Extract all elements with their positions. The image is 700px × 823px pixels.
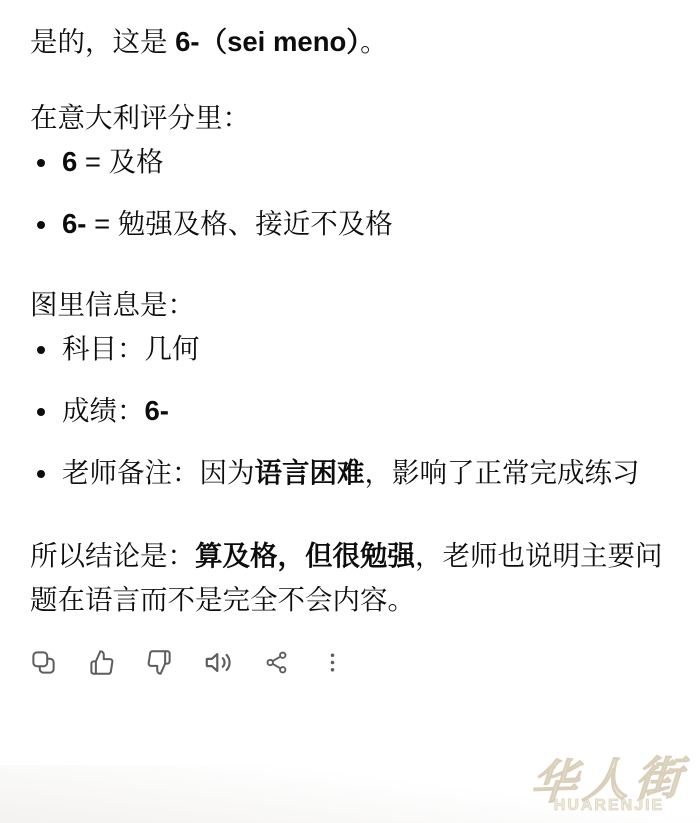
thumbs-down-button[interactable] — [146, 649, 173, 676]
bottom-tint — [0, 765, 700, 823]
intro-text: 是的，这是 — [30, 26, 175, 57]
teacher-note-bold: 语言困难 — [255, 457, 365, 488]
read-aloud-button[interactable] — [204, 648, 233, 677]
image-info-list: 科目：几何 成绩：6- 老师备注：因为语言困难，影响了正常完成练习 — [30, 327, 670, 495]
scale-intro: 在意大利评分里： — [30, 96, 670, 140]
share-icon — [264, 650, 289, 675]
thumbs-up-icon — [88, 649, 115, 676]
more-options-button[interactable] — [320, 650, 345, 675]
list-item: 老师备注：因为语言困难，影响了正常完成练习 — [60, 451, 670, 495]
huarenjie-watermark: 华人街 HUARENJIE — [524, 756, 694, 815]
assistant-message: 是的，这是 6-（sei meno）。 在意大利评分里： 6 = 及格 6- =… — [0, 0, 700, 676]
conclusion-pre: 所以结论是： — [30, 540, 195, 571]
grade-scale-list: 6 = 及格 6- = 勉强及格、接近不及格 — [30, 140, 670, 246]
share-button[interactable] — [264, 650, 289, 675]
score-label: 成绩： — [62, 395, 145, 426]
speaker-icon — [204, 648, 233, 677]
watermark-chinese-logo: 华人街 — [522, 753, 696, 807]
list-item: 6 = 及格 — [60, 140, 670, 184]
conclusion-paragraph: 所以结论是：算及格，但很勉强，老师也说明主要问题在语言而不是完全不会内容。 — [30, 534, 670, 622]
subject-info: 科目：几何 — [62, 333, 200, 364]
list-item: 成绩：6- — [60, 389, 670, 433]
intro-paragraph: 是的，这是 6-（sei meno）。 — [30, 20, 670, 64]
conclusion-bold: 算及格，但很勉强 — [195, 540, 415, 571]
grade-value: 6- — [62, 208, 86, 239]
watermark-latin-text: HUARENJIE — [524, 797, 694, 815]
vertical-dots-icon — [320, 650, 345, 675]
intro-text-end: 。 — [360, 26, 388, 57]
copy-button[interactable] — [30, 649, 57, 676]
thumbs-up-button[interactable] — [88, 649, 115, 676]
grade-value: 6 — [62, 146, 77, 177]
chat-response-screen: 是的，这是 6-（sei meno）。 在意大利评分里： 6 = 及格 6- =… — [0, 0, 700, 823]
list-item: 6- = 勉强及格、接近不及格 — [60, 202, 670, 246]
teacher-note-pre: 老师备注：因为 — [62, 457, 255, 488]
grade-meaning: = 勉强及格、接近不及格 — [86, 208, 392, 239]
image-info-intro: 图里信息是： — [30, 283, 670, 327]
score-value: 6- — [145, 395, 169, 426]
thumbs-down-icon — [146, 649, 173, 676]
list-item: 科目：几何 — [60, 327, 670, 371]
grade-meaning: = 及格 — [77, 146, 163, 177]
teacher-note-rest: ，影响了正常完成练习 — [365, 457, 640, 488]
message-actions — [30, 648, 670, 676]
grade-term: 6-（sei meno） — [175, 26, 360, 57]
copy-icon — [30, 649, 57, 676]
